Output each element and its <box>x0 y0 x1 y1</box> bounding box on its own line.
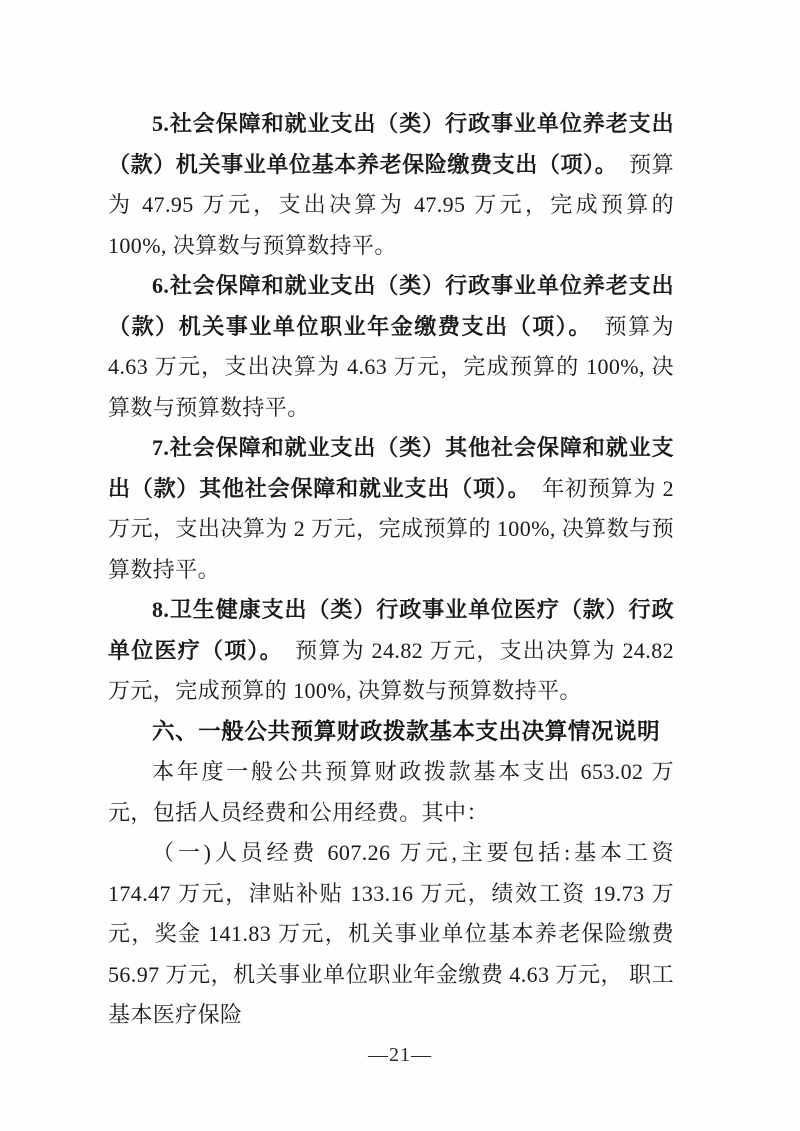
page-number: —21— <box>0 1044 800 1067</box>
budget-item-paragraph-6: 6.社会保障和就业支出（类）行政事业单位养老支出（款）机关事业单位职业年金缴费支… <box>108 266 674 428</box>
budget-item-paragraph-5: 5.社会保障和就业支出（类）行政事业单位养老支出（款）机关事业单位基本养老保险缴… <box>108 104 674 266</box>
section-heading: 六、一般公共预算财政拨款基本支出决算情况说明 <box>108 712 674 753</box>
document-body: 5.社会保障和就业支出（类）行政事业单位养老支出（款）机关事业单位基本养老保险缴… <box>108 104 674 1036</box>
body-paragraph-total: 本年度一般公共预算财政拨款基本支出 653.02 万元，包括人员经费和公用经费。… <box>108 752 674 833</box>
budget-item-paragraph-8: 8.卫生健康支出（类）行政事业单位医疗（款）行政单位医疗（项）。 预算为 24.… <box>108 590 674 712</box>
document-page: 5.社会保障和就业支出（类）行政事业单位养老支出（款）机关事业单位基本养老保险缴… <box>0 0 800 1131</box>
body-paragraph-personnel: （一)人员经费 607.26 万元,主要包括:基本工资 174.47 万元，津贴… <box>108 833 674 1036</box>
budget-item-paragraph-7: 7.社会保障和就业支出（类）其他社会保障和就业支出（款）其他社会保障和就业支出（… <box>108 428 674 590</box>
budget-item-5-heading: 5.社会保障和就业支出（类）行政事业单位养老支出（款）机关事业单位基本养老保险缴… <box>108 111 674 177</box>
